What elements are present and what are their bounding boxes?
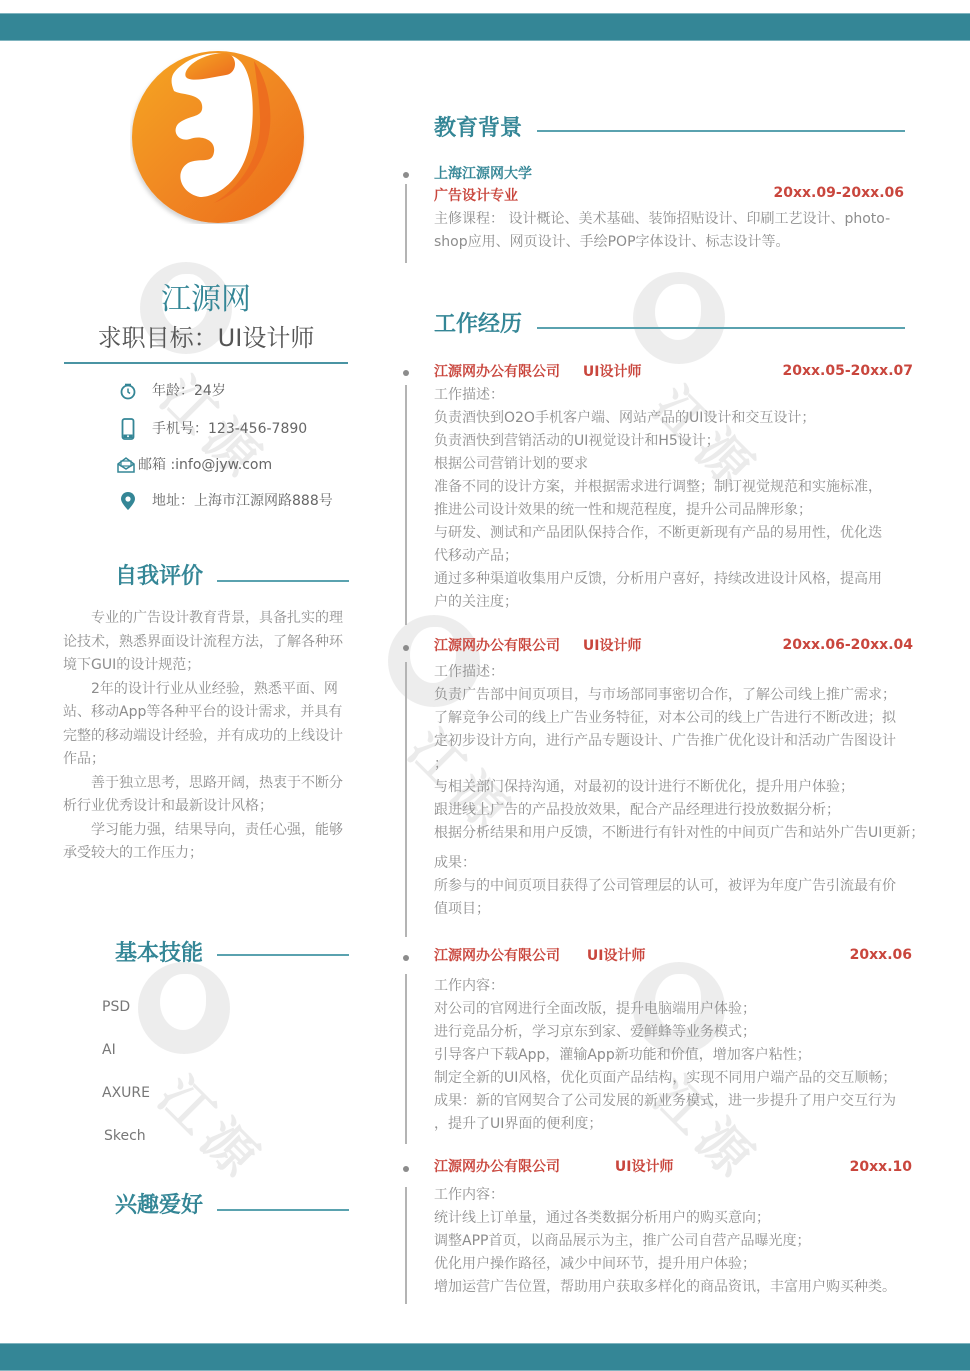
- skill-item: AXURE: [102, 1083, 150, 1103]
- location-icon: [118, 491, 138, 511]
- text-line: 跟进线上广告的产品投放效果，配合产品经理进行投放数据分析；: [434, 799, 914, 822]
- timeline-line: [405, 385, 407, 625]
- text-line: 工作内容：: [434, 1184, 914, 1207]
- section-title-skills: 基本技能: [115, 939, 203, 969]
- text-line: 进行竞品分析，学习京东到家、爱鲜蜂等业务模式；: [434, 1021, 914, 1044]
- watermark-logo-icon: 江源: [138, 962, 338, 1162]
- job-role: UI设计师: [583, 362, 642, 382]
- text-line: 了解竞争公司的线上广告业务特征，对本公司的线上广告进行不断改进；拟: [434, 707, 914, 730]
- text-line: 根据公司营销计划的要求: [434, 453, 914, 476]
- timeline-dot: [403, 1166, 409, 1172]
- timeline-dot: [403, 172, 409, 178]
- education-date: 20xx.09-20xx.06: [774, 183, 905, 203]
- job-date: 20xx.06: [850, 945, 912, 965]
- text-line: 与相关部门保持沟通，对最初的设计进行不断优化，提升用户体验；: [434, 776, 914, 799]
- self-eval-paragraph: 专业的广告设计教育背景，具备扎实的理论技术，熟悉界面设计流程方法，了解各种环境下…: [63, 607, 348, 678]
- top-banner-bar: [0, 13, 970, 41]
- text-line: 负责酒快到营销活动的UI视觉设计和H5设计；: [434, 430, 914, 453]
- timeline-line: [405, 974, 407, 1144]
- job-description: 工作内容： 对公司的官网进行全面改版，提升电脑端用户体验； 进行竞品分析，学习京…: [434, 975, 914, 1136]
- text-line: 工作描述：: [434, 384, 914, 407]
- contact-age-label: 年龄：24岁: [152, 381, 226, 401]
- text-line: shop应用、网页设计、手绘POP字体设计、标志设计等。: [434, 231, 914, 254]
- school-name: 上海江源网大学: [434, 164, 532, 184]
- text-line: 工作描述：: [434, 661, 914, 684]
- section-divider: [537, 327, 905, 329]
- job-role: UI设计师: [583, 636, 642, 656]
- timeline-dot: [403, 955, 409, 961]
- text-line: 代移动产品；: [434, 545, 914, 568]
- text-line: 成果：新的官网契合了公司发展的新业务模式，进一步提升了用户交互行为: [434, 1090, 914, 1113]
- skill-item: PSD: [102, 997, 130, 1017]
- text-line: 值项目；: [434, 898, 914, 921]
- candidate-name: 江源网: [64, 280, 348, 320]
- job-header: 江源网办公有限公司 UI设计师: [434, 636, 641, 656]
- job-date: 20xx.05-20xx.07: [783, 361, 914, 381]
- result-label: 成果：: [434, 852, 914, 875]
- job-description: 工作内容： 统计线上订单量，通过各类数据分析用户的购买意向； 调整APP首页，以…: [434, 1184, 914, 1299]
- contact-phone: 手机号：123-456-7890: [118, 419, 307, 439]
- self-eval-text: 专业的广告设计教育背景，具备扎实的理论技术，熟悉界面设计流程方法，了解各种环境下…: [63, 607, 348, 866]
- text-line: 负责酒快到O2O手机客户端、网站产品的UI设计和交互设计；: [434, 407, 914, 430]
- section-title-self-eval: 自我评价: [115, 562, 203, 592]
- mail-icon: [116, 455, 136, 475]
- text-line: 负责广告部中间页项目，与市场部同事密切合作，了解公司线上推广需求；: [434, 684, 914, 707]
- major-name: 广告设计专业: [434, 186, 518, 206]
- job-header: 江源网办公有限公司 UI设计师: [434, 1157, 673, 1177]
- text-line: ，提升了UI界面的便利度；: [434, 1113, 914, 1136]
- job-description: 工作描述： 负责酒快到O2O手机客户端、网站产品的UI设计和交互设计； 负责酒快…: [434, 384, 914, 614]
- self-eval-paragraph: 2年的设计行业从业经验，熟悉平面、网站、移动App等各种平台的设计需求，并具有完…: [63, 678, 348, 772]
- brand-logo-icon: [130, 47, 307, 224]
- text-line: 制定全新的UI风格，优化页面产品结构，实现不同用户端产品的交互顺畅；: [434, 1067, 914, 1090]
- timeline-line: [405, 184, 407, 263]
- job-date: 20xx.06-20xx.04: [783, 635, 914, 655]
- section-title-education: 教育背景: [434, 114, 522, 144]
- timeline-dot: [403, 370, 409, 376]
- text-line: 增加运营广告位置，帮助用户获取多样化的商品资讯，丰富用户购买种类。: [434, 1276, 914, 1299]
- text-line: 所参与的中间页项目获得了公司管理层的认可，被评为年度广告引流最有价: [434, 875, 914, 898]
- timeline-dot: [403, 645, 409, 651]
- job-objective: 求职目标：UI设计师: [64, 320, 348, 356]
- job-role: UI设计师: [615, 1157, 674, 1177]
- clock-icon: [118, 381, 138, 401]
- text-line: ；: [434, 753, 914, 776]
- text-line: 对公司的官网进行全面改版，提升电脑端用户体验；: [434, 998, 914, 1021]
- text-line: 准备不同的设计方案，并根据需求进行调整；制订视觉规范和实施标准，: [434, 476, 914, 499]
- section-divider: [217, 580, 349, 582]
- divider: [64, 362, 348, 364]
- company-name: 江源网办公有限公司: [434, 1159, 560, 1175]
- text-line: 与研发、测试和产品团队保持合作，不断更新现有产品的易用性，优化迭: [434, 522, 914, 545]
- contact-address: 地址：上海市江源网路888号: [118, 491, 333, 511]
- text-line: 工作内容：: [434, 975, 914, 998]
- contact-phone-label: 手机号：123-456-7890: [152, 419, 307, 439]
- text-line: 统计线上订单量，通过各类数据分析用户的购买意向；: [434, 1207, 914, 1230]
- job-description: 工作描述： 负责广告部中间页项目，与市场部同事密切合作，了解公司线上推广需求； …: [434, 661, 914, 921]
- section-title-hobbies: 兴趣爱好: [115, 1191, 203, 1221]
- company-name: 江源网办公有限公司: [434, 638, 560, 654]
- section-divider: [217, 1209, 349, 1211]
- company-name: 江源网办公有限公司: [434, 948, 560, 964]
- job-date: 20xx.10: [850, 1157, 912, 1177]
- text-line: 优化用户操作路径，减少中间环节，提升用户体验；: [434, 1253, 914, 1276]
- text-line: 定初步设计方向，进行产品专题设计、广告推广优化设计和活动广告图设计: [434, 730, 914, 753]
- skill-item: Skech: [104, 1126, 146, 1146]
- timeline-line: [405, 1187, 407, 1304]
- job-role: UI设计师: [587, 946, 646, 966]
- text-line: 根据分析结果和用户反馈，不断进行有针对性的中间页广告和站外广告UI更新；: [434, 822, 914, 845]
- job-header: 江源网办公有限公司 UI设计师: [434, 362, 641, 382]
- text-line: 通过多种渠道收集用户反馈，分析用户喜好，持续改进设计风格，提高用: [434, 568, 914, 591]
- contact-email-label: 邮箱 :info@jyw.com: [138, 455, 272, 475]
- phone-icon: [118, 419, 138, 439]
- self-eval-paragraph: 善于独立思考，思路开阔，热衷于不断分析行业优秀设计和最新设计风格；: [63, 772, 348, 819]
- job-header: 江源网办公有限公司 UI设计师: [434, 946, 645, 966]
- text-line: 调整APP首页，以商品展示为主，推广公司自营产品曝光度；: [434, 1230, 914, 1253]
- section-divider: [217, 954, 349, 956]
- section-title-work: 工作经历: [434, 310, 522, 340]
- section-divider: [537, 130, 905, 132]
- contact-address-label: 地址：上海市江源网路888号: [152, 491, 333, 511]
- text-line: 主修课程： 设计概论、美术基础、装饰招贴设计、印刷工艺设计、photo-: [434, 208, 914, 231]
- company-name: 江源网办公有限公司: [434, 364, 560, 380]
- text-line: 推进公司设计效果的统一性和规范程度，提升公司品牌形象；: [434, 499, 914, 522]
- bottom-banner-bar: [0, 1343, 970, 1371]
- self-eval-paragraph: 学习能力强，结果导向，责任心强，能够承受较大的工作压力；: [63, 819, 348, 866]
- contact-email[interactable]: 邮箱 :info@jyw.com: [116, 455, 272, 475]
- text-line: 引导客户下载App，灌输App新功能和价值，增加客户粘性；: [434, 1044, 914, 1067]
- education-courses: 主修课程： 设计概论、美术基础、装饰招贴设计、印刷工艺设计、photo- sho…: [434, 208, 914, 254]
- timeline-line: [405, 662, 407, 937]
- contact-age: 年龄：24岁: [118, 381, 226, 401]
- text-line: 户的关注度；: [434, 591, 914, 614]
- skill-item: AI: [102, 1040, 116, 1060]
